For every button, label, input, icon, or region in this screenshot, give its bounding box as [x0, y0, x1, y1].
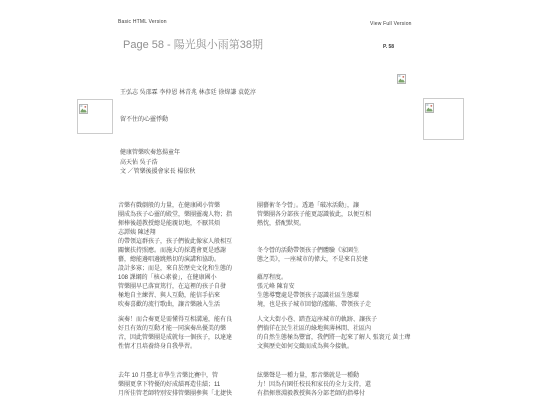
body-text-right-column: 張元峰 陳育安 [257, 283, 448, 292]
body-text-left-column: 音，因此管樂團是成就每一個孩子，以達達 [118, 334, 257, 343]
body-text-left-column: 志譚姨 陳述翔 [118, 229, 257, 238]
body-text-right-column: 人文大街小巷、踏查這座城市的軌跡、讓孩子 [257, 316, 448, 325]
body-text-right-column: 力！因為有園任校長和家長的全力支持，還 [257, 381, 448, 390]
body-text-row: 性情才且培養終身自我學習。文與歷史如何交織而成為與今接軌。 [118, 343, 448, 352]
basic-html-version-link[interactable]: Basic HTML Version [118, 19, 167, 25]
body-text-row: 關懷扶持照應。而施大的採選會更是感謝冬令營的活動帶領孩子們體驗《家園生 [118, 247, 448, 256]
body-paragraph-2: 演奏！而合奏更是需懂得互相溝通，能有良人文大街小巷、踏查這座城市的軌跡、讓孩子好… [118, 316, 448, 352]
view-full-version-link[interactable]: View Full Version [370, 21, 412, 27]
body-text-row: 好且有效的互動才能一同演奏出優美的樂們徜徉在民生社區的綠地與薄林間、社區內 [118, 325, 448, 334]
body-text-left-column: 團成為孩子心靈的殿堂，樂團靈魂人物；指 [118, 211, 257, 220]
body-text-left-column: 極地自主練習、與人互動，能信手拈來 [118, 292, 257, 301]
photo-caption: 留不住的心靈悸動 [120, 117, 168, 124]
body-text-left-column: 音樂有戲劇般的力量，在健康國小管樂 [118, 202, 257, 211]
body-text-row: 108 課綱的「核心素養」，在健康國小蘊厚程度。 [118, 274, 448, 283]
flipbook-viewer: Basic HTML Version View Full Version Pag… [0, 0, 540, 405]
body-text-row: 藝，總能邊唱邊跳熱切的演講和協助。態之美》，一座城市的偉大，不是來自於建 [118, 256, 448, 265]
body-text-right-column: 文與歷史如何交織而成為與今接軌。 [257, 343, 448, 352]
broken-image-icon [425, 100, 434, 118]
body-text-row: 音，因此管樂團是成就每一個孩子，以達達的自然生態極為豐富，我們將一起來了解人 張… [118, 334, 448, 343]
body-text-right-column: 的自然生態極為豐富，我們將一起來了解人 張寰元 黃士瑋 [257, 334, 448, 343]
body-text-right-column: 態之美》，一座城市的偉大，不是來自於建 [257, 256, 448, 265]
body-text-left-column: 樂團更拿下特優的好成績再造佳績；11 [118, 381, 257, 390]
photo-placeholder-left [77, 99, 113, 134]
body-text-row: 團成為孩子心靈的殿堂，樂團靈魂人物；指管樂團各分部孩子能更認識彼此，以便互相 [118, 211, 448, 220]
body-text-right-column: 絃樂聲是一種力量，那音樂就是一種動 [257, 372, 448, 381]
body-text-right-column: 團藝術冬令營」。透過「破冰活動」，讓 [257, 202, 448, 211]
body-text-left-column: 108 課綱的「核心素養」，在健康國小 [118, 274, 257, 283]
body-paragraph-3: 去年 10 月臺北市學生音樂比賽中，管絃樂聲是一種力量，那音樂就是一種動樂團更拿… [118, 372, 448, 399]
body-text-left-column: 管樂團早已落實篤行，在這裡的孩子自發 [118, 283, 257, 292]
broken-image-icon [79, 101, 88, 119]
article-title: 健康管樂吹奏悠揚童年 [120, 150, 180, 157]
body-text-left-column: 關懷扶持照應。而施大的採選會更是感謝 [118, 247, 257, 256]
body-text-left-column: 藝，總能邊唱邊跳熱切的演講和協助。 [118, 256, 257, 265]
body-text-row: 月所佳管老師特別安排管樂團參與「北捷快有指揮蔡淵毅教授與各分部老師的指導付 [118, 390, 448, 399]
photo-placeholder-right [423, 98, 464, 140]
page-number-label: P. 58 [383, 44, 394, 50]
body-text-row: 音樂有戲劇般的力量，在健康國小管樂團藝術冬令營」。透過「破冰活動」，讓 [118, 202, 448, 211]
article-byline: 文 ／管樂後援會家長 楊依秋 [120, 169, 195, 176]
student-names-line: 王弘志 吳邵霖 李仲恩 林青兆 林彥廷 徐煒謙 袁乾淳 [120, 90, 256, 97]
body-text-left-column: 揮棒後趙教授總是能親切地，不厭其煩 [118, 220, 257, 229]
body-text-right-column: 們徜徉在民生社區的綠地與薄林間、社區內 [257, 325, 448, 334]
body-text-left-column: 好且有效的互動才能一同演奏出優美的樂 [118, 325, 257, 334]
body-text-left-column: 吹奏喜歡的流行歌曲，讓音樂融入生活 [118, 301, 257, 310]
body-text-right-column: 蘊厚程度。 [257, 274, 448, 283]
body-text-row: 吹奏喜歡的流行歌曲，讓音樂融入生活境，也是孩子城市回憶的濫觴、帶領孩子走 [118, 301, 448, 310]
body-text-row: 極地自主練習、與人互動，能信手拈來生態導覽處是帶領孩子認識社區生態環 [118, 292, 448, 301]
body-text-left-column: 的帶領這群孩子，孩子們彼此像家人般相互 [118, 238, 257, 247]
body-text-right-column: 有指揮蔡淵毅教授與各分部老師的指導付 [257, 390, 448, 399]
body-text-row: 揮棒後趙教授總是能親切地，不厭其煩熱忱，搭配默契。 [118, 220, 448, 229]
body-text-row: 志譚姨 陳述翔 [118, 229, 448, 238]
body-text-row: 的帶領這群孩子，孩子們彼此像家人般相互 [118, 238, 448, 247]
body-text-right-column: 冬令營的活動帶領孩子們體驗《家園生 [257, 247, 448, 256]
body-text-right-column: 境，也是孩子城市回憶的濫觴、帶領孩子走 [257, 301, 448, 310]
article-authors: 高天佑 吳子浩 [120, 160, 158, 167]
body-text-left-column: 設計多寡；而是，來自於歷史文化和生態的 [118, 265, 257, 274]
body-text-right-column: 管樂團各分部孩子能更認識彼此，以便互相 [257, 211, 448, 220]
body-text-row: 設計多寡；而是，來自於歷史文化和生態的 [118, 265, 448, 274]
body-text-right-column: 生態導覽處是帶領孩子認識社區生態環 [257, 292, 448, 301]
body-text-left-column: 去年 10 月臺北市學生音樂比賽中，管 [118, 372, 257, 381]
body-text-row: 管樂團早已落實篤行，在這裡的孩子自發張元峰 陳育安 [118, 283, 448, 292]
body-text-row: 樂團更拿下特優的好成績再造佳績；11力！因為有園任校長和家長的全力支持，還 [118, 381, 448, 390]
body-text-right-column: 熱忱，搭配默契。 [257, 220, 448, 229]
body-text-row: 去年 10 月臺北市學生音樂比賽中，管絃樂聲是一種力量，那音樂就是一種動 [118, 372, 448, 381]
broken-image-icon [397, 71, 406, 89]
body-text-row: 演奏！而合奏更是需懂得互相溝通，能有良人文大街小巷、踏查這座城市的軌跡、讓孩子 [118, 316, 448, 325]
body-paragraph-1: 音樂有戲劇般的力量，在健康國小管樂團藝術冬令營」。透過「破冰活動」，讓團成為孩子… [118, 202, 448, 310]
body-text-left-column: 性情才且培養終身自我學習。 [118, 343, 257, 352]
body-text-left-column: 演奏！而合奏更是需懂得互相溝通，能有良 [118, 316, 257, 325]
page-title: Page 58 - 陽光與小雨第38期 [123, 36, 263, 52]
body-text-left-column: 月所佳管老師特別安排管樂團參與「北捷快 [118, 390, 257, 399]
